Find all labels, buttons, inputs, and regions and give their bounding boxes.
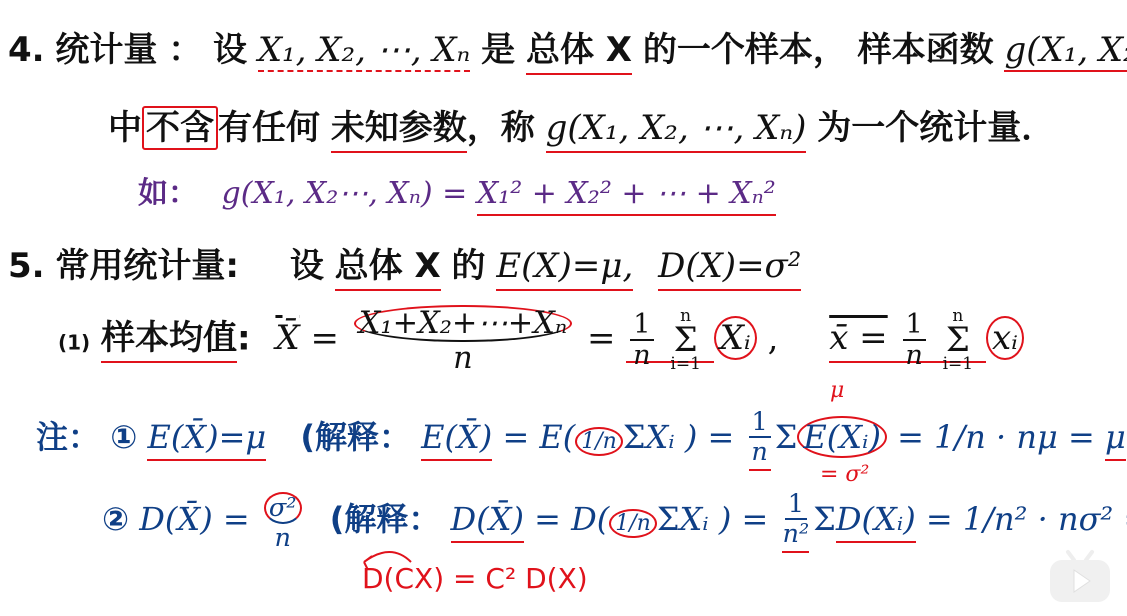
den: n² (782, 520, 809, 548)
section4-title: 统计量 (55, 30, 157, 70)
sum-symbol: n Σ i=1 (670, 308, 701, 373)
sigma-icon: Σ (813, 500, 836, 538)
section5-line1: 5. 常用统计量: 设 总体 X 的 E(X)=μ, D(X)=σ² (8, 238, 801, 287)
curved-arrow-icon (356, 544, 416, 574)
step1: = D( (534, 500, 609, 538)
alt-coef: 1n (903, 310, 926, 372)
den: n (274, 524, 290, 552)
denominator: n (453, 342, 473, 375)
alt-sum-symbol: n Σ i=1 (943, 308, 974, 373)
section4-line2: 中不含有任何 未知参数，称 g(X₁, X₂, ⋯, Xₙ) 为一个统计量． (108, 100, 1055, 149)
step2: = (742, 500, 769, 538)
play-button[interactable] (1048, 548, 1112, 604)
num: 1 (785, 490, 807, 520)
text-call: ，称 (467, 108, 535, 148)
text-she: 设 (290, 246, 324, 286)
text-she: 设 (213, 30, 247, 70)
step2-coef: 1n² (782, 490, 809, 553)
section5-title: 常用统计量 (55, 246, 225, 286)
play-icon (1048, 548, 1112, 604)
num: 1 (749, 408, 771, 438)
sample-mean-title: 样本均值 (101, 318, 237, 363)
equals: = (310, 318, 339, 358)
variance-sigma: D(X)=σ² (658, 246, 801, 291)
coef-sum: 1 n n Σ i=1 (626, 318, 713, 363)
note2-marker: ② (102, 500, 129, 538)
example-rhs: X₁² + X₂² + ⋯ + Xₙ² (477, 176, 776, 216)
sigma-icon: Σ (623, 418, 646, 456)
colon: : (237, 318, 251, 358)
coef-1-over-n: 1 n (630, 310, 653, 372)
mu-annotation: μ (830, 378, 844, 403)
sample-variables: X₁, X₂, ⋯, Xₙ (258, 30, 471, 72)
text-statistic: 为一个统计量． (817, 108, 1055, 148)
text-de: 的 (452, 246, 486, 286)
note1-result: μ (1105, 418, 1126, 461)
sample-function-label: 样本函数 (858, 30, 994, 70)
den: n (751, 438, 767, 466)
explain-open: (解释： (300, 418, 411, 456)
step2: = (708, 418, 735, 456)
unknown-parameters: 未知参数 (331, 108, 467, 153)
coef-den: n (633, 341, 651, 371)
comma: , (768, 318, 779, 358)
sigma-icon: Σ (775, 418, 798, 456)
sigma-icon: Σ (657, 500, 680, 538)
note1-marker: ① (110, 418, 137, 456)
step1-coef: 1/n (575, 427, 623, 456)
step1-term: Xᵢ ) (679, 500, 731, 538)
section4-line1: 4. 统计量 ： 设 X₁, X₂, ⋯, Xₙ 是 总体 X 的一个样本， 样… (8, 22, 1127, 71)
text-any: 有任何 (218, 108, 320, 148)
num: σ² (264, 492, 302, 524)
coef-num: 1 (630, 310, 653, 342)
sigma-annotation: = σ² (820, 462, 869, 487)
example-lhs: g(X₁, X₂⋯, Xₙ) = (222, 176, 468, 211)
step2-coef: 1n (749, 408, 771, 471)
colon: : (225, 246, 239, 286)
example-line: 如： g(X₁, X₂⋯, Xₙ) = X₁² + X₂² + ⋯ + Xₙ² (138, 168, 776, 212)
alt-formula: x̄ = 1n n Σ i=1 (829, 318, 986, 363)
step1-coef: 1/n (609, 509, 657, 538)
step3: = 1/n · nμ = (897, 418, 1095, 456)
not-contain-boxed: 不含 (142, 106, 218, 150)
xbar: X̄ (275, 318, 299, 358)
sum-bottom: i=1 (943, 356, 974, 373)
equals: = (587, 318, 616, 358)
colon: ： (168, 30, 202, 70)
explain-lhs: E(X̄) (421, 418, 492, 461)
note1-line: 注： ① E(X̄)=μ (解释： E(X̄) = E(1/nΣXᵢ ) = 1… (36, 408, 1127, 471)
alt-term-xi: xᵢ (986, 316, 1024, 360)
population-x: 总体 X (526, 30, 632, 75)
text-shi: 是 (481, 30, 515, 70)
step2-term: D(Xᵢ) (836, 500, 916, 543)
population-x: 总体 X (335, 246, 441, 291)
explain-open: (解释： (330, 500, 441, 538)
g-function-2: g(X₁, X₂, ⋯, Xₙ) (546, 108, 807, 153)
step2-term: E(Xᵢ) (797, 416, 887, 458)
note2-line: ② D(X̄) = σ²n (解释： D(X̄) = D(1/nΣXᵢ ) = … (102, 490, 1127, 553)
mean-fraction: X₁+X₂+⋯+Xₙ n (354, 305, 572, 376)
step1-term: Xᵢ ) (645, 418, 697, 456)
term-xi: Xᵢ (714, 316, 757, 360)
sample-mean-line: (1) 样本均值: X̄ = X₁+X₂+⋯+Xₙ n = 1 n n Σ i=… (58, 305, 1024, 376)
note-label: 注： (36, 418, 100, 456)
step1: = E( (502, 418, 575, 456)
explain-lhs: D(X̄) (451, 500, 524, 543)
alt-lhs: x̄ = (829, 318, 887, 358)
section5-number: 5. (8, 246, 45, 286)
sum-bottom: i=1 (670, 356, 701, 373)
section4-number: 4. (8, 30, 45, 70)
expectation-mu: E(X)=μ, (496, 246, 633, 291)
note1-statement: E(X̄)=μ (147, 418, 266, 461)
text-zhong: 中 (108, 108, 142, 148)
alt-coef-den: n (905, 341, 923, 371)
note2-statement-frac: σ²n (264, 492, 302, 552)
alt-coef-num: 1 (903, 310, 926, 342)
sigma-icon: Σ (674, 325, 698, 356)
sigma-icon: Σ (946, 325, 970, 356)
text-sample: 的一个样本， (643, 30, 847, 70)
step3: = 1/n² · nσ² = (926, 500, 1127, 538)
example-label: 如： (138, 176, 198, 211)
g-function: g(X₁, X₂⋯ Xₙ) (1004, 30, 1127, 72)
note2-statement-lhs: D(X̄) = (139, 500, 249, 538)
numerator: X₁+X₂+⋯+Xₙ (354, 305, 572, 342)
item-label: (1) (58, 330, 90, 354)
